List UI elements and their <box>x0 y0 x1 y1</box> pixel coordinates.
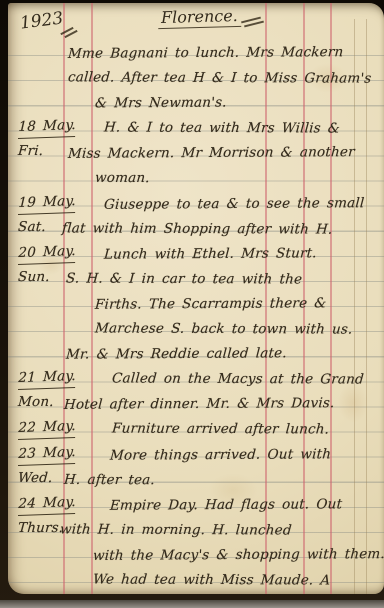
journal-line: Sat.flat with him Shopping after with H. <box>8 215 384 240</box>
journal-line: called. After tea H & I to Miss Graham's <box>8 64 384 89</box>
journal-line: 20 May.Lunch with Ethel. Mrs Sturt. <box>8 240 384 265</box>
entry-text: We had tea with Miss Maude. A <box>92 567 331 593</box>
entry-date-label: 20 May. <box>18 240 76 265</box>
entry-text: flat with him Shopping after with H. <box>61 216 333 242</box>
entry-text: & Mrs Newman's. <box>94 91 227 117</box>
journal-line: Firths. The Scarrampis there & <box>8 290 384 315</box>
journal-line: Fri.Miss Mackern. Mr Morrison & another <box>8 139 384 164</box>
entry-text: with the Macy's & shopping with them. <box>92 542 384 569</box>
entry-date-label: 21 May. <box>18 365 76 390</box>
diary-book: 1923 Florence. Mme Bagnani to lunch. Mrs… <box>0 0 384 608</box>
entry-date-label: 22 May. <box>18 415 76 440</box>
entry-text: Lunch with Ethel. Mrs Sturt. <box>103 241 317 267</box>
entry-day-label: Fri. <box>17 139 44 164</box>
entry-text: with H. in morning. H. lunched <box>59 517 293 543</box>
journal-line: 21 May.Called on the Macys at the Grand <box>8 365 384 390</box>
entry-text: Hotel after dinner. Mr. & Mrs Davis. <box>63 391 335 418</box>
journal-line: & Mrs Newman's. <box>8 89 384 114</box>
entry-date-label: 24 May. <box>18 491 76 516</box>
journal-line: woman. <box>8 164 384 189</box>
entry-date-label: 18 May. <box>18 114 76 139</box>
entry-text: Furniture arrived after lunch. <box>111 417 330 443</box>
year-label: 1923 <box>19 8 64 33</box>
journal-line: 23 May.More things arrived. Out with <box>8 441 384 466</box>
entry-day-label: Thurs. <box>17 516 64 541</box>
entry-text: Marchese S. back to town with us. <box>94 316 353 342</box>
entry-text: Called on the Macys at the Grand <box>111 367 365 393</box>
journal-line: Mon.Hotel after dinner. Mr. & Mrs Davis. <box>8 390 384 415</box>
journal-line: with the Macy's & shopping with them. <box>8 541 384 566</box>
journal-line: We had tea with Miss Maude. A <box>8 566 384 591</box>
entry-text: Miss Mackern. Mr Morrison & another <box>67 140 355 167</box>
journal-line: Mr. & Mrs Reddie called late. <box>8 340 384 365</box>
entry-text: called. After tea H & I to Miss Graham's <box>67 65 372 91</box>
entry-day-label: Sat. <box>17 215 47 240</box>
journal-line: Marchese S. back to town with us. <box>8 315 384 340</box>
journal-line: 24 May.Empire Day. Had flags out. Out <box>8 491 384 516</box>
entry-text: H. & I to tea with Mrs Willis & <box>103 116 341 142</box>
journal-line: Wed.H. after tea. <box>8 466 384 491</box>
entry-text: woman. <box>94 166 151 191</box>
entry-text: Giuseppe to tea & to see the small <box>103 191 365 218</box>
table-surface <box>0 600 384 608</box>
journal-line: Sun.S. H. & I in car to tea with the <box>8 265 384 290</box>
entry-day-label: Mon. <box>17 390 55 415</box>
entry-date-label: 23 May. <box>18 441 76 466</box>
entry-text: Mme Bagnani to lunch. Mrs Mackern <box>67 40 344 67</box>
journal-line: Thurs.with H. in morning. H. lunched <box>8 516 384 541</box>
entry-text: Mr. & Mrs Reddie called late. <box>65 341 287 367</box>
entry-text: S. H. & I in car to tea with the <box>65 266 303 292</box>
journal-entries: Mme Bagnani to lunch. Mrs Mackerncalled.… <box>8 39 384 591</box>
page-title: Florence. <box>158 6 241 29</box>
journal-line: 18 May.H. & I to tea with Mrs Willis & <box>8 114 384 139</box>
entry-text: More things arrived. Out with <box>109 442 332 468</box>
journal-line: 19 May.Giuseppe to tea & to see the smal… <box>8 190 384 215</box>
journal-line: Mme Bagnani to lunch. Mrs Mackern <box>8 39 384 64</box>
entry-text: Empire Day. Had flags out. Out <box>109 492 343 519</box>
entry-text: Firths. The Scarrampis there & <box>94 291 327 318</box>
entry-text: H. after tea. <box>63 467 156 492</box>
journal-line: 22 May.Furniture arrived after lunch. <box>8 415 384 440</box>
entry-date-label: 19 May. <box>18 190 76 215</box>
entry-day-label: Wed. <box>17 466 53 491</box>
notebook-page: 1923 Florence. Mme Bagnani to lunch. Mrs… <box>8 3 384 594</box>
entry-day-label: Sun. <box>17 265 50 290</box>
